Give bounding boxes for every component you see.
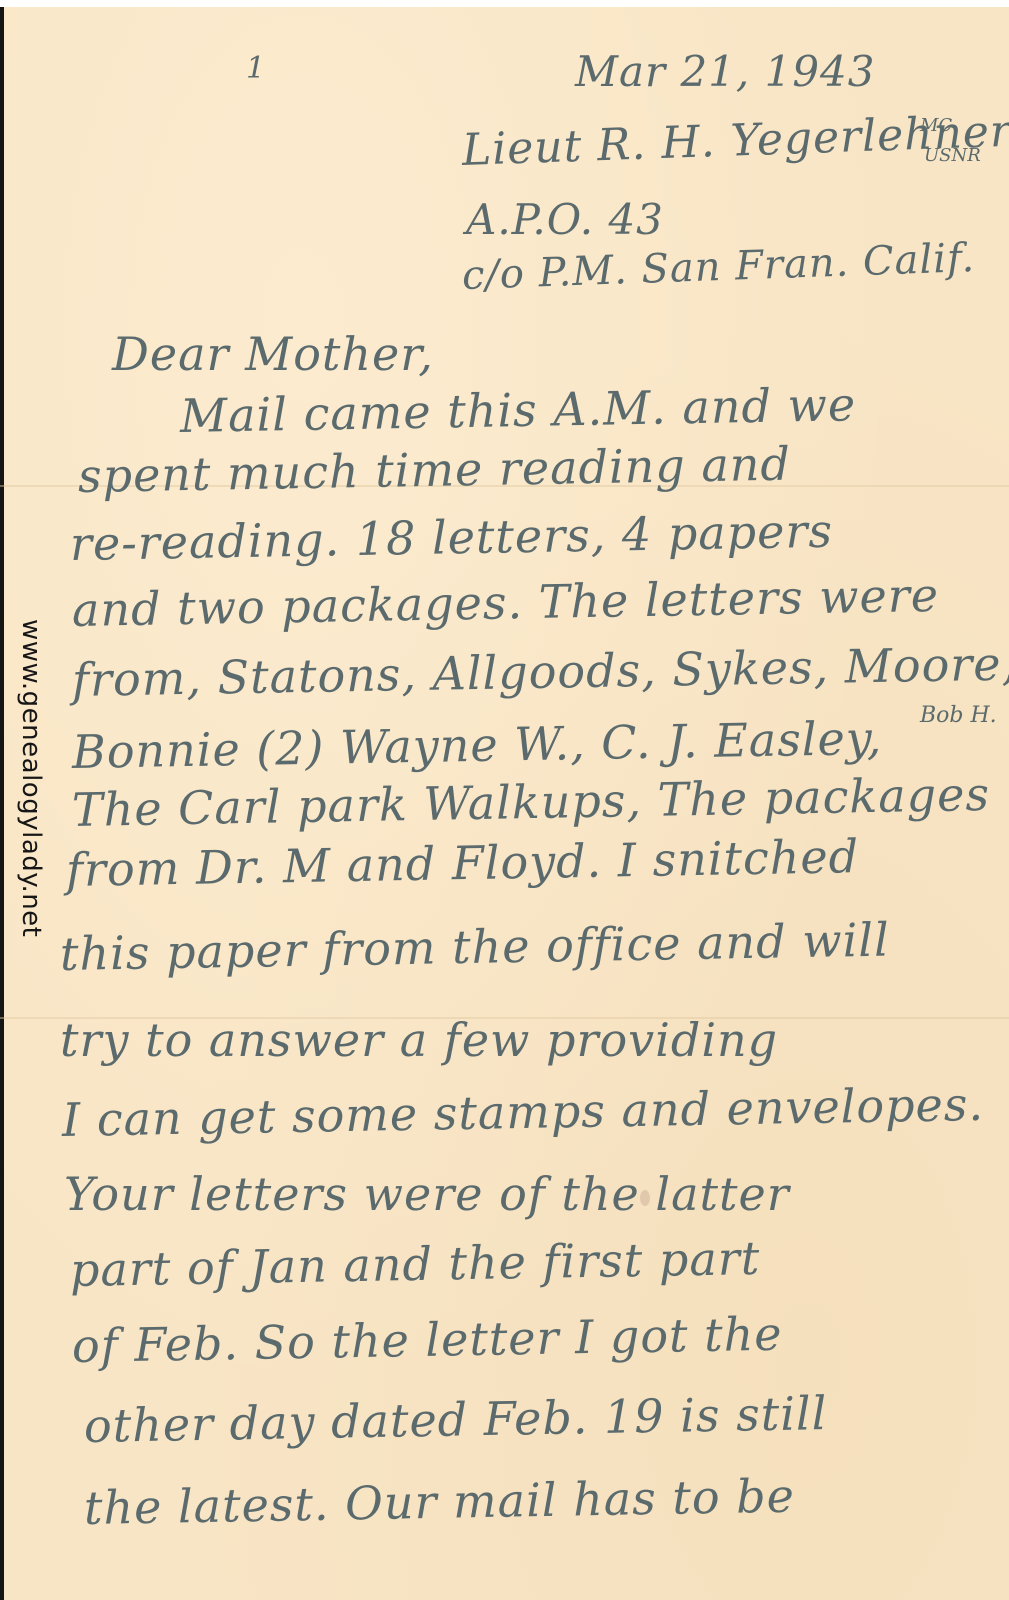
body-line: re-reading. 18 letters, 4 papers (70, 504, 834, 571)
body-line: other day dated Feb. 19 is still (84, 1386, 828, 1453)
body-line: spent much time reading and (78, 437, 792, 503)
body-line: and two packages. The letters were (72, 568, 940, 637)
salutation: Dear Mother, (112, 327, 434, 381)
letter-date: Mar 21, 1943 (575, 47, 876, 96)
body-line: this paper from the office and will (60, 913, 891, 981)
body-line: The Carl park Walkups, The packages (72, 767, 991, 837)
body-line: I can get some stamps and envelopes. (62, 1077, 985, 1147)
body-line: from, Statons, Allgoods, Sykes, Moore, (72, 637, 1009, 707)
margin-insert: Bob H. (920, 703, 997, 728)
body-line: Your letters were of the latter (64, 1167, 790, 1221)
page-number-mark: 1 (246, 51, 265, 86)
letter-page: 1 Mar 21, 1943 Lieut R. H. Yegerlehner M… (0, 7, 1009, 1600)
body-line: Bonnie (2) Wayne W., C. J. Easley, (72, 711, 883, 779)
body-line: the latest. Our mail has to be (84, 1469, 796, 1535)
body-line: from Dr. M and Floyd. I snitched (66, 829, 860, 897)
address-line-2: c/o P.M. San Fran. Calif. (461, 235, 976, 299)
body-line: try to answer a few providing (60, 1013, 778, 1067)
body-line: part of Jan and the first part (70, 1231, 761, 1297)
address-line-1: A.P.O. 43 (466, 195, 664, 244)
body-line: Mail came this A.M. and we (180, 377, 857, 443)
body-line: of Feb. So the letter I got the (72, 1307, 783, 1373)
scan-left-edge (0, 7, 4, 1600)
watermark-text: www.genealogylady.net (16, 619, 46, 937)
sender-suffix: USNR (924, 145, 981, 166)
sender-suffix-top: MC (920, 115, 952, 136)
